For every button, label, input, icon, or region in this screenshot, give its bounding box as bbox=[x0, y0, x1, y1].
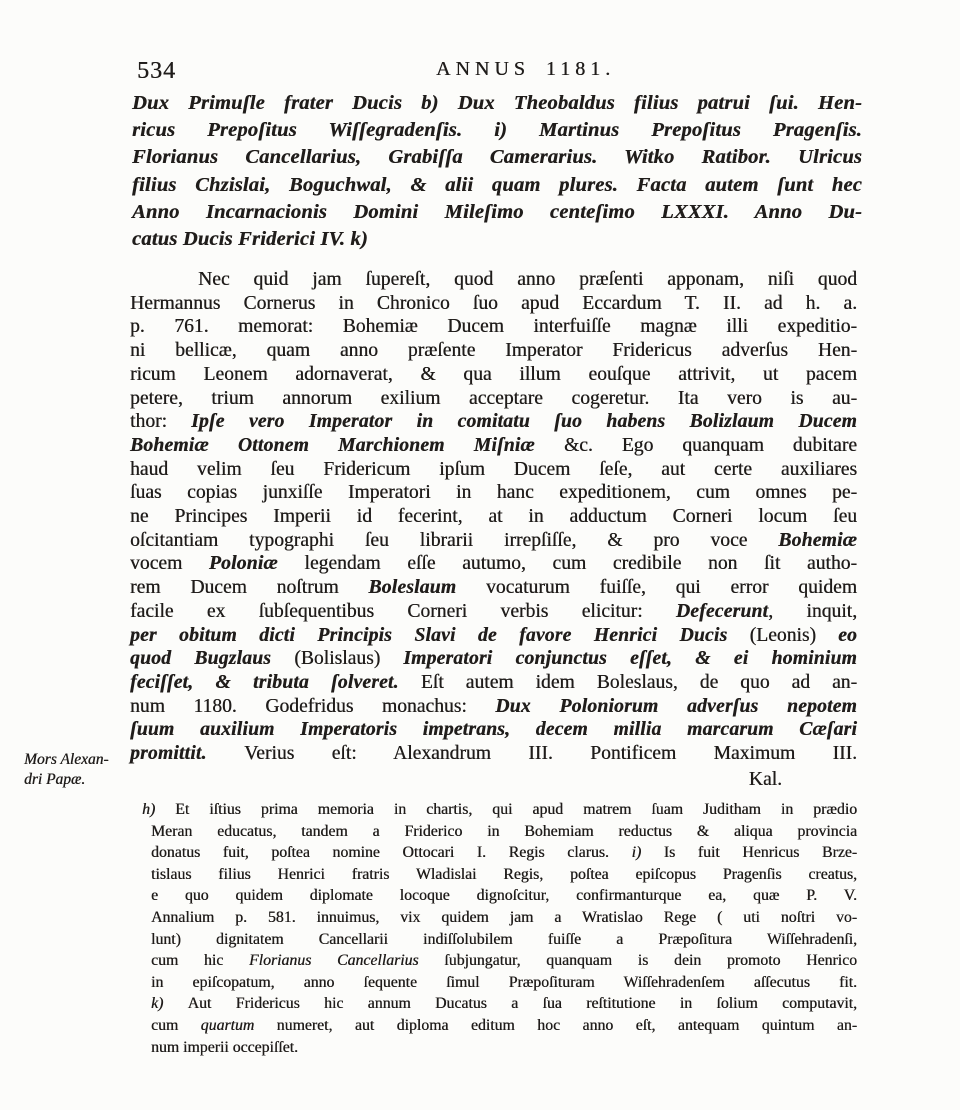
text-segment: ricum Leonem adornaverat, & qua illum eo… bbox=[130, 364, 857, 385]
text-segment: vocem bbox=[130, 553, 209, 574]
text-line: quod Bugzlaus (Bolislaus) Imperatori con… bbox=[130, 647, 857, 671]
text-segment: Aut Fridericus hic annum Ducatus a ſua r… bbox=[188, 995, 857, 1012]
text-segment: Verius eſt: Alexandrum III. Pontificem M… bbox=[244, 743, 857, 764]
text-line: ricum Leonem adornaverat, & qua illum eo… bbox=[130, 363, 857, 387]
text-segment: rem Ducem noſtrum bbox=[130, 577, 368, 598]
text-line: feciſſet, & tributa ſolveret. Eſt autem … bbox=[130, 671, 857, 695]
text-line: p. 761. memorat: Bohemiæ Ducem interfuiſ… bbox=[130, 315, 857, 339]
text-segment: num 1180. Godefridus monachus: bbox=[130, 696, 495, 717]
text-line: Bohemiæ Ottonem Marchionem Miſniæ &c. Eg… bbox=[130, 434, 857, 458]
catchword: Kal. bbox=[130, 769, 856, 791]
text-line: catus Ducis Friderici IV. k) bbox=[132, 226, 862, 253]
text-segment: Is fuit Henricus Brze- bbox=[664, 844, 857, 861]
text-line: num 1180. Godefridus monachus: Dux Polon… bbox=[130, 695, 857, 719]
text-line: num imperii occepiſſet. bbox=[151, 1037, 857, 1059]
page-number: 534 bbox=[137, 58, 176, 85]
text-segment: , inquit, bbox=[768, 601, 857, 622]
text-line: Florianus Cancellarius, Grabiſſa Camerar… bbox=[132, 144, 862, 171]
text-line: ricus Prepoſitus Wiſſegradenſis. i) Mart… bbox=[132, 117, 862, 144]
italic-segment: Dux Poloniorum adverſus nepotem bbox=[495, 696, 857, 717]
italic-segment: Boleslaum bbox=[368, 577, 456, 598]
text-segment: p. 761. memorat: Bohemiæ Ducem interfuiſ… bbox=[130, 316, 857, 337]
text-line: Meran educatus, tandem a Friderico in Bo… bbox=[151, 821, 857, 843]
text-line: Dux Primuſle frater Ducis b) Dux Theobal… bbox=[132, 90, 862, 117]
text-segment: catus Ducis Friderici IV. k) bbox=[132, 228, 368, 250]
text-line: cum hic Florianus Cancellarius ſubjungat… bbox=[151, 950, 857, 972]
text-segment: thor: bbox=[130, 411, 191, 432]
text-segment: cum bbox=[151, 1017, 201, 1034]
text-segment: ricus Prepoſitus Wiſſegradenſis. i) Mart… bbox=[132, 119, 862, 141]
italic-segment: promittit. bbox=[130, 743, 244, 764]
text-line: facile ex ſubſequentibus Corneri verbis … bbox=[130, 600, 857, 624]
text-segment: Florianus Cancellarius, Grabiſſa Camerar… bbox=[132, 146, 862, 168]
text-segment: Anno Incarnacionis Domini Mileſimo cente… bbox=[132, 201, 862, 223]
text-line: dri Papæ. bbox=[24, 770, 132, 790]
text-segment: num imperii occepiſſet. bbox=[151, 1039, 298, 1056]
text-segment: Mors Alexan- bbox=[24, 751, 109, 768]
text-line: oſcitantiam typographi ſeu librarii irre… bbox=[130, 529, 857, 553]
text-segment: oſcitantiam typographi ſeu librarii irre… bbox=[130, 530, 778, 551]
text-line: Nec quid jam ſupereſt, quod anno præſent… bbox=[130, 268, 857, 292]
text-line: in epiſcopatum, anno ſequente ſimul Præp… bbox=[151, 972, 857, 994]
text-segment: Nec quid jam ſupereſt, quod anno præſent… bbox=[198, 269, 857, 290]
text-line: filius Chzislai, Boguchwal, & alii quam … bbox=[132, 172, 862, 199]
text-line: vocem Poloniæ legendam eſſe autumo, cum … bbox=[130, 552, 857, 576]
text-line: promittit. Verius eſt: Alexandrum III. P… bbox=[130, 742, 857, 766]
italic-segment: ſuum auxilium Imperatoris impetrans, dec… bbox=[130, 719, 857, 740]
text-segment: legendam eſſe autumo, cum credibile non … bbox=[278, 553, 857, 574]
text-line: petere, trium annorum exilium acceptare … bbox=[130, 387, 857, 411]
text-line: ne Principes Imperii id fecerint, at in … bbox=[130, 505, 857, 529]
text-line: cum quartum numeret, aut diploma editum … bbox=[151, 1015, 857, 1037]
text-line: ſuas copias junxiſſe Imperatori in hanc … bbox=[130, 481, 857, 505]
text-line: Annalium p. 581. innuimus, vix quidem ja… bbox=[151, 907, 857, 929]
text-line: Anno Incarnacionis Domini Mileſimo cente… bbox=[132, 199, 862, 226]
italic-segment: Bohemiæ Ottonem Marchionem Miſniæ bbox=[130, 435, 564, 456]
text-segment: petere, trium annorum exilium acceptare … bbox=[130, 388, 857, 409]
italic-segment: Bohemiæ bbox=[778, 530, 857, 551]
text-segment: Dux Primuſle frater Ducis b) Dux Theobal… bbox=[132, 92, 862, 114]
text-line: ſuum auxilium Imperatoris impetrans, dec… bbox=[130, 718, 857, 742]
text-segment: dri Papæ. bbox=[24, 771, 85, 788]
text-segment: cum hic bbox=[151, 952, 249, 969]
text-segment: Annalium p. 581. innuimus, vix quidem ja… bbox=[151, 909, 857, 926]
text-segment: tislaus filius Henrici fratris Wladislai… bbox=[151, 866, 857, 883]
text-line: donatus fuit, poſtea nomine Ottocari I. … bbox=[151, 842, 857, 864]
text-line: lunt) dignitatem Cancellarii indiſſolubi… bbox=[151, 929, 857, 951]
italic-segment: k) bbox=[151, 995, 188, 1012]
italic-segment: i) bbox=[631, 844, 663, 861]
text-line: thor: Ipſe vero Imperator in comitatu ſu… bbox=[130, 410, 857, 434]
text-line: ni bellicæ, quam anno præſente Imperator… bbox=[130, 339, 857, 363]
footnotes: h) Et iſtius prima memoria in chartis, q… bbox=[151, 799, 857, 1058]
text-line: tislaus filius Henrici fratris Wladislai… bbox=[151, 864, 857, 886]
text-segment: ni bellicæ, quam anno præſente Imperator… bbox=[130, 340, 857, 361]
text-segment: (Leonis) bbox=[750, 625, 838, 646]
book-page-scan: 534 ANNUS 1181. Dux Primuſle frater Duci… bbox=[0, 0, 960, 1110]
text-segment: facile ex ſubſequentibus Corneri verbis … bbox=[130, 601, 676, 622]
italic-segment: Imperatori conjunctus eſſet, & ei homini… bbox=[403, 648, 857, 669]
text-line: per obitum dicti Principis Slavi de favo… bbox=[130, 624, 857, 648]
text-segment: Et iſtius prima memoria in chartis, qui … bbox=[175, 801, 857, 818]
margin-note: Mors Alexan-dri Papæ. bbox=[24, 750, 132, 789]
text-segment: filius Chzislai, Boguchwal, & alii quam … bbox=[132, 174, 862, 196]
body-paragraph: Nec quid jam ſupereſt, quod anno præſent… bbox=[130, 268, 857, 766]
italic-segment: eo bbox=[838, 625, 857, 646]
text-segment: Hermannus Cornerus in Chronico ſuo apud … bbox=[130, 293, 857, 314]
text-segment: in epiſcopatum, anno ſequente ſimul Præp… bbox=[151, 974, 857, 991]
text-segment: vocaturum fuiſſe, qui error quidem bbox=[456, 577, 857, 598]
italic-segment: Defecerunt bbox=[676, 601, 768, 622]
italic-segment: per obitum dicti Principis Slavi de favo… bbox=[130, 625, 750, 646]
italic-segment: Florianus Cancellarius bbox=[249, 952, 419, 969]
italic-segment: Poloniæ bbox=[209, 553, 278, 574]
text-line: k) Aut Fridericus hic annum Ducatus a ſu… bbox=[151, 993, 857, 1015]
italic-segment: feciſſet, & tributa ſolveret. bbox=[130, 672, 421, 693]
text-line: Hermannus Cornerus in Chronico ſuo apud … bbox=[130, 292, 857, 316]
text-segment: lunt) dignitatem Cancellarii indiſſolubi… bbox=[151, 931, 857, 948]
text-segment: e quo quidem diplomate locoque dignoſcit… bbox=[151, 887, 857, 904]
text-segment: ſubjungatur, quanquam is dein promoto He… bbox=[419, 952, 857, 969]
text-segment: (Bolislaus) bbox=[294, 648, 403, 669]
text-segment: Meran educatus, tandem a Friderico in Bo… bbox=[151, 823, 857, 840]
text-segment: numeret, aut diploma editum hoc anno eſt… bbox=[254, 1017, 857, 1034]
italic-segment: quartum bbox=[201, 1017, 255, 1034]
italic-segment: Ipſe vero Imperator in comitatu ſuo habe… bbox=[191, 411, 857, 432]
text-segment: haud velim ſeu Fridericum ipſum Ducem ſe… bbox=[130, 459, 857, 480]
text-segment: ne Principes Imperii id fecerint, at in … bbox=[130, 506, 857, 527]
running-head: ANNUS 1181. bbox=[436, 58, 615, 81]
text-line: h) Et iſtius prima memoria in chartis, q… bbox=[142, 799, 857, 821]
italic-segment: quod Bugzlaus bbox=[130, 648, 294, 669]
text-segment: donatus fuit, poſtea nomine Ottocari I. … bbox=[151, 844, 631, 861]
text-line: rem Ducem noſtrum Boleslaum vocaturum fu… bbox=[130, 576, 857, 600]
text-line: Mors Alexan- bbox=[24, 750, 132, 770]
text-segment: Eſt autem idem Boleslaus, de quo ad an- bbox=[421, 672, 857, 693]
italic-segment: h) bbox=[142, 801, 175, 818]
text-segment: ſuas copias junxiſſe Imperatori in hanc … bbox=[130, 482, 857, 503]
text-line: haud velim ſeu Fridericum ipſum Ducem ſe… bbox=[130, 458, 857, 482]
opening-paragraph: Dux Primuſle frater Ducis b) Dux Theobal… bbox=[132, 90, 862, 253]
text-line: e quo quidem diplomate locoque dignoſcit… bbox=[151, 885, 857, 907]
text-segment: &c. Ego quanquam dubitare bbox=[564, 435, 857, 456]
